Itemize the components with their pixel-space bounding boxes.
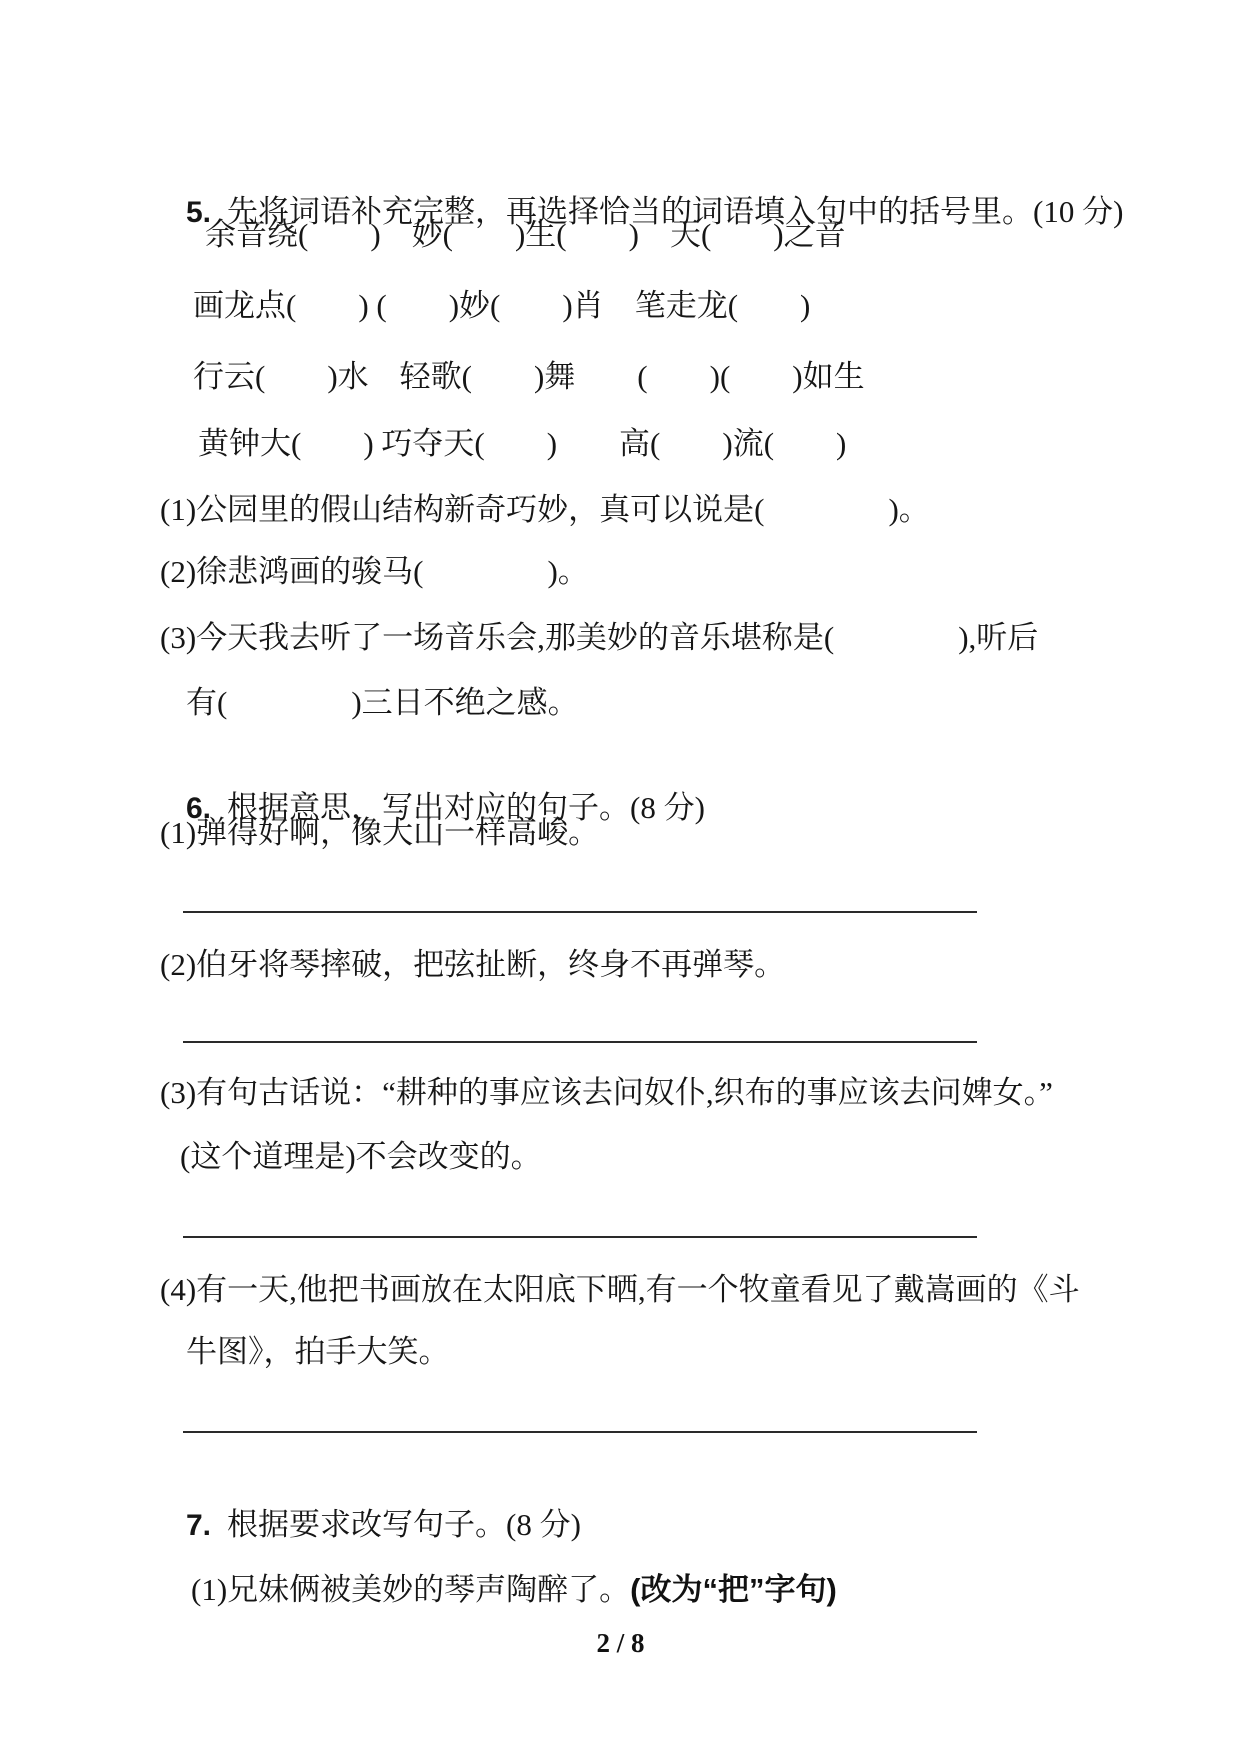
answer-blank-line-1	[183, 911, 977, 913]
idiom-row-3: 行云( )水 轻歌( )舞 ( )( )如生	[193, 357, 865, 397]
answer-blank-line-4	[183, 1431, 977, 1433]
question-5-item-2: (2)徐悲鸿画的骏马( )。	[160, 552, 589, 592]
question-6-item-3: (3)有句古话说：“耕种的事应该去问奴仆,织布的事应该去问婢女。”	[160, 1073, 1053, 1113]
idiom-row-2: 画龙点( ) ( )妙( )肖 笔走龙( )	[193, 286, 810, 326]
question-6-item-3-continuation: (这个道理是)不会改变的。	[180, 1137, 542, 1177]
exam-page: 5.先将词语补充完整，再选择恰当的词语填入句中的括号里。(10 分) 余音绕( …	[0, 0, 1241, 1754]
idiom-row-1: 余音绕( ) 妙( )生( ) 天( )之音	[205, 215, 846, 255]
answer-blank-line-3	[183, 1236, 977, 1238]
question-7-item-1-text: (1)兄妹俩被美妙的琴声陶醉了。	[191, 1572, 630, 1607]
answer-blank-line-2	[183, 1041, 977, 1043]
question-6-item-2: (2)伯牙将琴摔破，把弦扯断，终身不再弹琴。	[160, 945, 785, 985]
question-6-item-1: (1)弹得好啊，像大山一样高峻。	[160, 813, 599, 853]
question-5-item-1: (1)公园里的假山结构新奇巧妙，真可以说是( )。	[160, 490, 930, 530]
question-7-item-1-instruction: (改为“把”字句)	[630, 1572, 837, 1607]
page-number: 2 / 8	[0, 1628, 1241, 1659]
question-5-item-3-continuation: 有( )三日不绝之感。	[186, 683, 579, 723]
question-6-item-4: (4)有一天,他把书画放在太阳底下晒,有一个牧童看见了戴嵩画的《斗	[160, 1270, 1080, 1310]
idiom-row-4: 黄钟大( ) 巧夺天( ) 高( )流( )	[198, 424, 846, 464]
question-6-item-4-continuation: 牛图》，拍手大笑。	[186, 1332, 450, 1372]
question-5-item-3: (3)今天我去听了一场音乐会,那美妙的音乐堪称是( ),听后	[160, 618, 1038, 658]
